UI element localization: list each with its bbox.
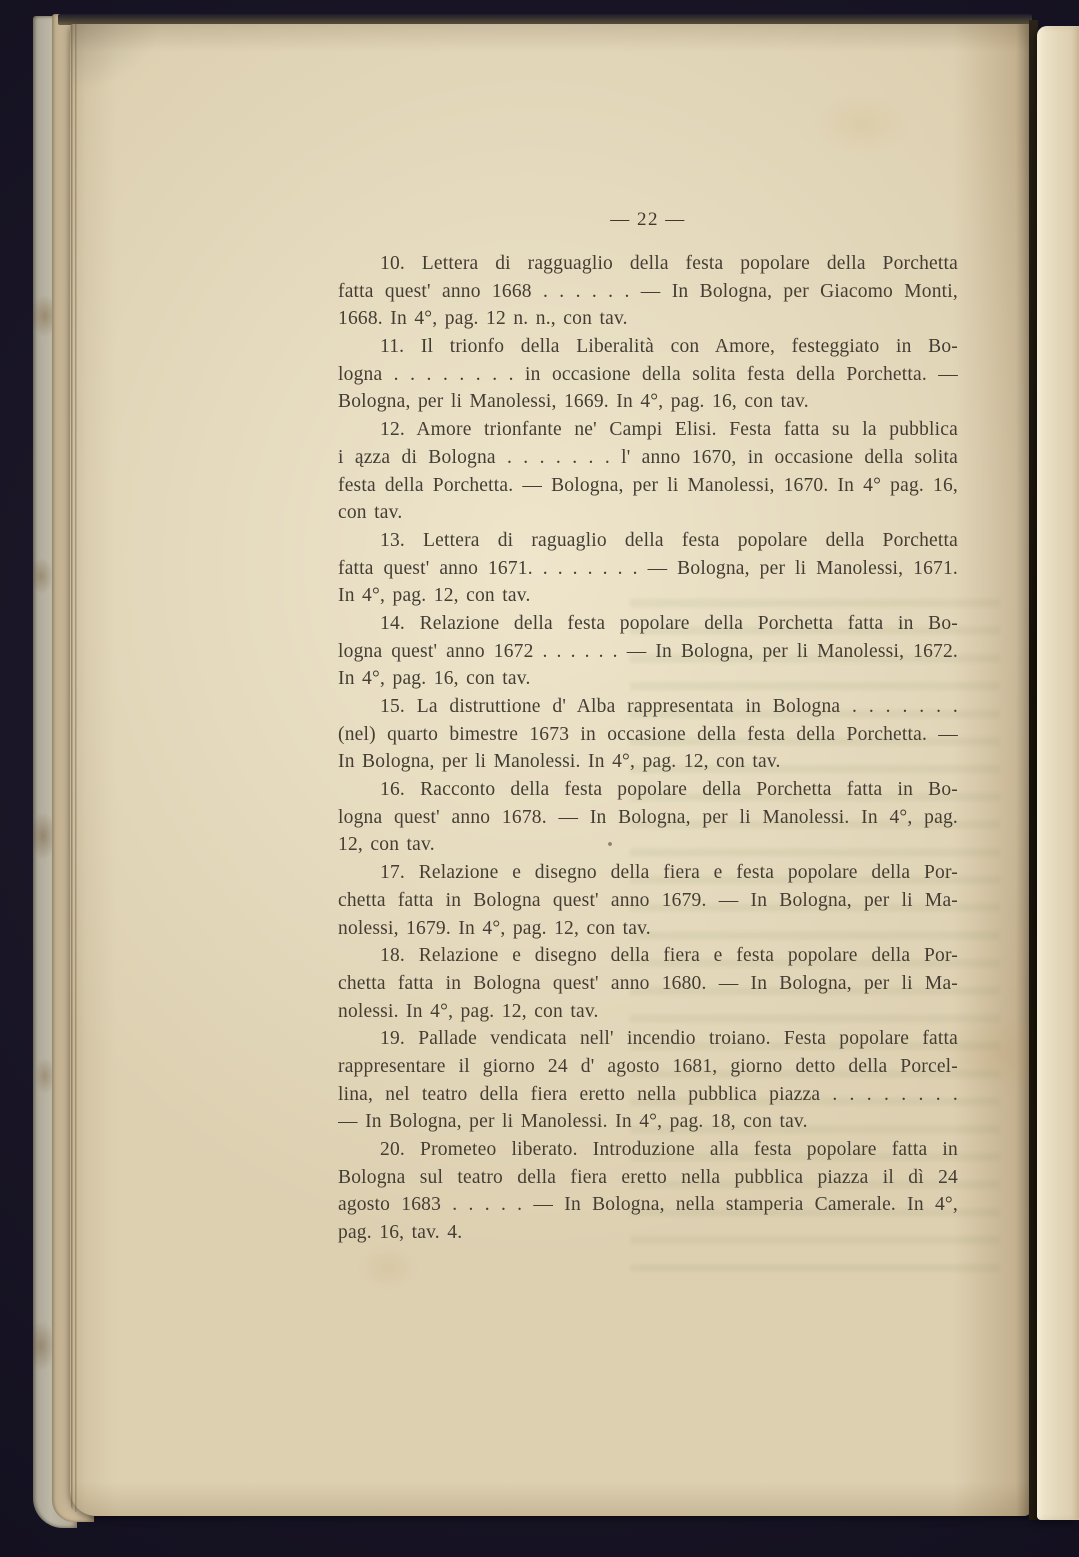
bibliography-line: festa della Porchetta. — Bologna, per li… — [338, 472, 958, 500]
bibliography-line: i ązza di Bologna . . . . . . . l' anno … — [338, 444, 958, 472]
bibliography-line: nolessi, 1679. In 4°, pag. 12, con tav. — [338, 915, 958, 943]
bibliography-line: logna quest' anno 1672 . . . . . . — In … — [338, 638, 958, 666]
bibliography-line: fatta quest' anno 1668 . . . . . . — In … — [338, 278, 958, 306]
bibliography-line: lina, nel teatro della fiera eretto nell… — [338, 1081, 958, 1109]
bibliography-line: chetta fatta in Bologna quest' anno 1680… — [338, 970, 958, 998]
bibliography-line: 16. Racconto della festa popolare della … — [338, 776, 958, 804]
bibliography-line: 10. Lettera di ragguaglio della festa po… — [338, 250, 958, 278]
bibliography-line: con tav. — [338, 499, 958, 527]
bibliography-line: 11. Il trionfo della Liberalità con Amor… — [338, 333, 958, 361]
bibliography-line: — In Bologna, per li Manolessi. In 4°, p… — [338, 1108, 958, 1136]
page-number: — 22 — — [338, 209, 958, 231]
bibliography-line: (nel) quarto bimestre 1673 in occasione … — [338, 721, 958, 749]
bibliography-line: 19. Pallade vendicata nell' incendio tro… — [338, 1025, 958, 1053]
bibliography-line: In 4°, pag. 12, con tav. — [338, 582, 958, 610]
bibliography-line: pag. 16, tav. 4. — [338, 1219, 958, 1247]
bibliography-line: 1668. In 4°, pag. 12 n. n., con tav. — [338, 305, 958, 333]
bibliography-line: logna quest' anno 1678. — In Bologna, pe… — [338, 804, 958, 832]
bibliography-line: agosto 1683 . . . . . — In Bologna, nell… — [338, 1191, 958, 1219]
bibliography-line: In 4°, pag. 16, con tav. — [338, 665, 958, 693]
bibliography-line: rappresentare il giorno 24 d' agosto 168… — [338, 1053, 958, 1081]
bibliography-line: In Bologna, per li Manolessi. In 4°, pag… — [338, 748, 958, 776]
bibliography-line: 12, con tav. — [338, 831, 958, 859]
bibliography-list: 10. Lettera di ragguaglio della festa po… — [338, 250, 958, 1247]
bibliography-line: 18. Relazione e disegno della fiera e fe… — [338, 942, 958, 970]
bibliography-line: Bologna, per li Manolessi, 1669. In 4°, … — [338, 388, 958, 416]
bibliography-line: 20. Prometeo liberato. Introduzione alla… — [338, 1136, 958, 1164]
bibliography-line: logna . . . . . . . . in occasione della… — [338, 361, 958, 389]
book-page: — 22 — 10. Lettera di ragguaglio della f… — [70, 24, 1032, 1516]
bibliography-line: nolessi. In 4°, pag. 12, con tav. — [338, 998, 958, 1026]
bibliography-line: 15. La distruttione d' Alba rappresentat… — [338, 693, 958, 721]
bibliography-line: 12. Amore trionfante ne' Campi Elisi. Fe… — [338, 416, 958, 444]
bibliography-line: fatta quest' anno 1671. . . . . . . . — … — [338, 555, 958, 583]
bibliography-line: 14. Relazione della festa popolare della… — [338, 610, 958, 638]
bibliography-line: Bologna sul teatro della fiera eretto ne… — [338, 1164, 958, 1192]
bibliography-line: 13. Lettera di raguaglio della festa pop… — [338, 527, 958, 555]
book-photo: — 22 — 10. Lettera di ragguaglio della f… — [0, 0, 1079, 1557]
bibliography-line: chetta fatta in Bologna quest' anno 1679… — [338, 887, 958, 915]
facing-page-edge — [1037, 26, 1079, 1520]
bibliography-line: 17. Relazione e disegno della fiera e fe… — [338, 859, 958, 887]
